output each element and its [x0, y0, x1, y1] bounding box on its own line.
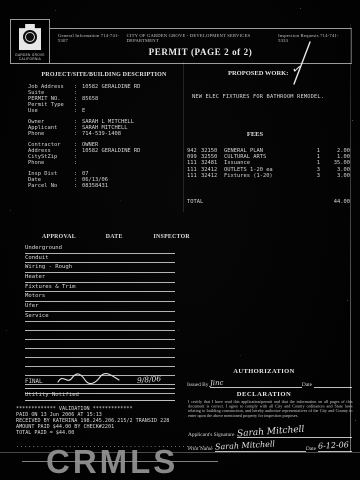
fee-amount: 3.00	[320, 173, 350, 179]
issued-by-row: Issued By Jinc Date	[187, 379, 352, 388]
fees-total-amount: 44.00	[334, 199, 350, 205]
field-group: Contractor:OWNERAddress:10582 GERALDINE …	[28, 142, 140, 166]
signature-date-handwriting: 6-12-06	[318, 440, 349, 451]
fees-table: 94232150GENERAL PLAN12.0009932550CULTURA…	[187, 148, 350, 179]
approval-col-header: APPROVAL	[42, 234, 104, 240]
fee-row: 11132412Fixtures (1-20)33.00	[187, 173, 350, 179]
scan-edge-line	[350, 24, 351, 452]
field-colon: :	[74, 108, 82, 114]
approval-row: Service	[25, 312, 175, 322]
issued-date-label: Date	[302, 382, 312, 388]
declaration-text: I certify that I have read this applicat…	[188, 400, 353, 418]
approval-row: Underground	[25, 244, 175, 254]
applicant-signature-label: Applicant's Signature	[188, 432, 234, 438]
validation-line: TOTAL PAID = $44.00	[16, 430, 212, 436]
fee-quantity: 3	[308, 173, 320, 179]
utility-notified-row: Utility Notified	[25, 391, 175, 401]
project-fields: Job Address:10582 GERALDINE RDSuite:PERM…	[28, 84, 140, 194]
approval-blank-row	[25, 340, 175, 349]
fees-total-label: TOTAL	[187, 199, 203, 205]
applicant-signature-handwriting: Sarah Mitchell	[237, 425, 305, 440]
field-label: Use	[28, 108, 74, 114]
field-colon: :	[74, 183, 82, 189]
fee-fund: 111	[187, 173, 201, 179]
project-section-title: PROJECT/SITE/BUILDING DESCRIPTION	[28, 72, 180, 78]
field-value: 08358431	[82, 183, 108, 189]
issued-date-blank	[314, 387, 352, 388]
field-value: E	[82, 108, 85, 114]
field-row: Use:E	[28, 108, 140, 114]
proposed-work-title: PROPOSED WORK:	[228, 70, 288, 77]
applicant-signature-line: Sarah Mitchell	[237, 427, 352, 438]
approval-row: Wiring - Rough	[25, 263, 175, 273]
scanned-permit-page: GARDEN GROVE CALIFORNIA General Informat…	[0, 0, 360, 480]
field-row: Phone:714-539-1408	[28, 131, 140, 137]
issued-by-value: Jinc	[210, 379, 301, 388]
issued-by-handwriting: Jinc	[210, 379, 224, 388]
approval-row: Fixtures & Trim	[25, 283, 175, 293]
payment-validation-block: ************* VALIDATION *************PA…	[16, 406, 212, 436]
approval-blank-row	[25, 358, 175, 367]
city-logo-line2: CALIFORNIA	[11, 58, 49, 62]
field-group: Owner:SARAH L MITCHELLApplicant:SARAH MI…	[28, 119, 140, 137]
print-name-handwriting: Sarah Mitchell	[215, 439, 275, 451]
city-logo: GARDEN GROVE CALIFORNIA	[10, 19, 50, 64]
field-group: Job Address:10582 GERALDINE RDSuite:PERM…	[28, 84, 140, 114]
print-name-line: Sarah Mitchell	[215, 441, 306, 452]
field-row: Parcel No:08358431	[28, 183, 140, 189]
city-logo-caption: GARDEN GROVE CALIFORNIA	[11, 54, 49, 62]
department-name: CITY OF GARDEN GROVE - DEVELOPMENT SERVI…	[127, 33, 278, 43]
field-colon: :	[74, 131, 82, 137]
applicant-signature-row: Applicant's Signature Sarah Mitchell	[188, 427, 352, 438]
field-value: 85658	[82, 96, 98, 102]
field-group: Insp Dist:07Date:06/13/06Parcel No:08358…	[28, 171, 140, 189]
date-col-header: DATE	[106, 234, 152, 240]
field-value: 714-539-1408	[82, 131, 121, 137]
final-inspection-date: 9/8/06	[136, 373, 161, 386]
approval-row: Motors	[25, 292, 175, 302]
final-inspection-row: FINAL 9/8/06	[25, 377, 175, 389]
approval-table-header: APPROVAL DATE INSPECTOR	[42, 234, 190, 240]
approval-blank-row	[25, 331, 175, 340]
field-colon: :	[74, 160, 82, 166]
crmls-watermark: CRMLS	[46, 443, 178, 480]
proposed-work-description: NEW ELEC FIXTURES FOR BATHROOM REMODEL.	[192, 94, 352, 100]
fee-description: Fixtures (1-20)	[224, 173, 308, 179]
fees-section-title: FEES	[228, 131, 282, 138]
utility-notified-label: Utility Notified	[25, 392, 79, 398]
fees-total-row: TOTAL 44.00	[187, 199, 350, 205]
approval-row: Conduit	[25, 254, 175, 264]
field-row: Phone:	[28, 160, 140, 166]
inspector-col-header: INSPECTOR	[154, 234, 190, 240]
field-label: Phone	[28, 160, 74, 166]
field-value: 10582 GERALDINE RD	[82, 148, 140, 154]
approval-row: Heater	[25, 273, 175, 283]
fee-code: 32412	[201, 173, 224, 179]
signature-date-line: 6-12-06	[318, 441, 352, 452]
issued-by-label: Issued By	[187, 382, 208, 388]
approval-blank-row	[25, 349, 175, 358]
general-information-phone: General Information 714-741-5307	[58, 33, 127, 43]
final-inspector-signature	[55, 371, 125, 387]
print-name-row: Print Name Sarah Mitchell Date 6-12-06	[188, 441, 352, 452]
field-label: Parcel No	[28, 183, 74, 189]
approval-row: Ufer	[25, 302, 175, 312]
final-label: FINAL	[25, 379, 42, 385]
column-divider-line	[183, 62, 184, 212]
field-label: Phone	[28, 131, 74, 137]
scan-noise	[0, 0, 1, 1]
field-value: 10582 GERALDINE RD	[82, 84, 140, 90]
approval-blank-row	[25, 322, 175, 331]
declaration-section-title: DECLARATION	[224, 391, 304, 398]
authorization-section-title: AUTHORIZATION	[224, 368, 304, 375]
city-seal-icon	[23, 30, 37, 44]
